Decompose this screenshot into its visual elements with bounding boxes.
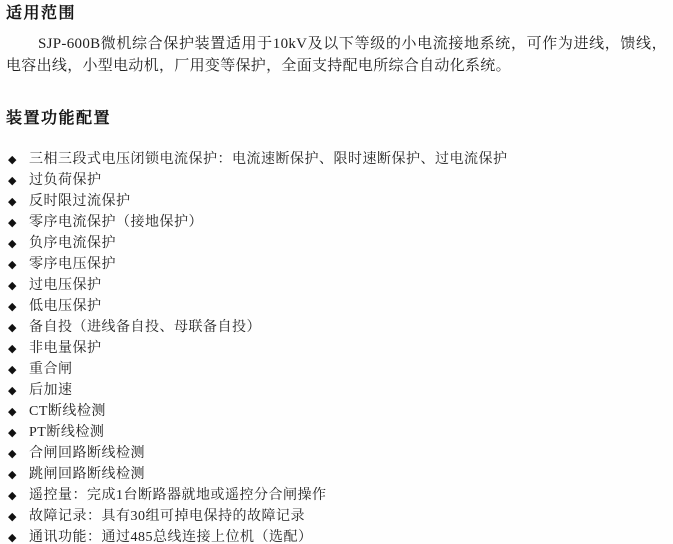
diamond-bullet-icon: ◆: [6, 279, 29, 292]
feature-item-label: 过电压保护: [29, 274, 102, 294]
diamond-bullet-icon: ◆: [6, 153, 29, 166]
feature-item-label: CT断线检测: [29, 400, 106, 420]
diamond-bullet-icon: ◆: [6, 426, 29, 439]
feature-item: ◆ 合闸回路断线检测: [6, 442, 667, 463]
feature-item: ◆ PT断线检测: [6, 421, 667, 442]
document-page: 适用范围 SJP-600B微机综合保护装置适用于10kV及以下等级的小电流接地系…: [0, 0, 673, 544]
feature-item-label: 通讯功能：通过485总线连接上位机（选配）: [29, 526, 313, 544]
diamond-bullet-icon: ◆: [6, 405, 29, 418]
feature-item: ◆ 反时限过流保护: [6, 190, 667, 211]
feature-item-label: 零序电流保护（接地保护）: [29, 211, 203, 231]
feature-item: ◆ 通讯功能：通过485总线连接上位机（选配）: [6, 526, 667, 544]
feature-item: ◆ 故障记录：具有30组可掉电保持的故障记录: [6, 505, 667, 526]
scope-paragraph: SJP-600B微机综合保护装置适用于10kV及以下等级的小电流接地系统，可作为…: [6, 33, 667, 77]
diamond-bullet-icon: ◆: [6, 384, 29, 397]
diamond-bullet-icon: ◆: [6, 510, 29, 523]
diamond-bullet-icon: ◆: [6, 363, 29, 376]
feature-item: ◆ CT断线检测: [6, 400, 667, 421]
diamond-bullet-icon: ◆: [6, 489, 29, 502]
feature-item: ◆ 过负荷保护: [6, 169, 667, 190]
features-section-title: 装置功能配置: [6, 110, 667, 127]
feature-item: ◆ 低电压保护: [6, 295, 667, 316]
feature-item-label: 故障记录：具有30组可掉电保持的故障记录: [29, 505, 305, 525]
scope-section-title: 适用范围: [6, 5, 667, 22]
feature-item-label: 重合闸: [29, 358, 73, 378]
feature-item: ◆ 三相三段式电压闭锁电流保护：电流速断保护、限时速断保护、过电流保护: [6, 148, 667, 169]
feature-item-label: 非电量保护: [29, 337, 102, 357]
diamond-bullet-icon: ◆: [6, 174, 29, 187]
diamond-bullet-icon: ◆: [6, 237, 29, 250]
feature-item-label: 合闸回路断线检测: [29, 442, 145, 462]
feature-item-label: 备自投（进线备自投、母联备自投）: [29, 316, 261, 336]
diamond-bullet-icon: ◆: [6, 258, 29, 271]
diamond-bullet-icon: ◆: [6, 342, 29, 355]
feature-item: ◆ 遥控量：完成1台断路器就地或遥控分合闸操作: [6, 484, 667, 505]
scope-section: 适用范围 SJP-600B微机综合保护装置适用于10kV及以下等级的小电流接地系…: [6, 5, 667, 77]
diamond-bullet-icon: ◆: [6, 321, 29, 334]
diamond-bullet-icon: ◆: [6, 531, 29, 544]
feature-item: ◆ 后加速: [6, 379, 667, 400]
feature-item: ◆ 跳闸回路断线检测: [6, 463, 667, 484]
diamond-bullet-icon: ◆: [6, 216, 29, 229]
feature-list: ◆ 三相三段式电压闭锁电流保护：电流速断保护、限时速断保护、过电流保护 ◆ 过负…: [6, 148, 667, 544]
feature-item: ◆ 负序电流保护: [6, 232, 667, 253]
feature-item-label: 低电压保护: [29, 295, 102, 315]
feature-item: ◆ 备自投（进线备自投、母联备自投）: [6, 316, 667, 337]
feature-item: ◆ 非电量保护: [6, 337, 667, 358]
feature-item-label: 反时限过流保护: [29, 190, 131, 210]
feature-item-label: 零序电压保护: [29, 253, 116, 273]
feature-item: ◆ 过电压保护: [6, 274, 667, 295]
feature-item-label: 后加速: [29, 379, 73, 399]
feature-item: ◆ 零序电压保护: [6, 253, 667, 274]
feature-item: ◆ 零序电流保护（接地保护）: [6, 211, 667, 232]
feature-item-label: 负序电流保护: [29, 232, 116, 252]
features-section: 装置功能配置 ◆ 三相三段式电压闭锁电流保护：电流速断保护、限时速断保护、过电流…: [6, 110, 667, 544]
feature-item-label: 跳闸回路断线检测: [29, 463, 145, 483]
feature-item-label: 遥控量：完成1台断路器就地或遥控分合闸操作: [29, 484, 327, 504]
feature-item: ◆ 重合闸: [6, 358, 667, 379]
diamond-bullet-icon: ◆: [6, 195, 29, 208]
diamond-bullet-icon: ◆: [6, 300, 29, 313]
feature-item-label: 过负荷保护: [29, 169, 102, 189]
feature-item-label: 三相三段式电压闭锁电流保护：电流速断保护、限时速断保护、过电流保护: [29, 148, 508, 168]
feature-item-label: PT断线检测: [29, 421, 104, 441]
diamond-bullet-icon: ◆: [6, 468, 29, 481]
diamond-bullet-icon: ◆: [6, 447, 29, 460]
